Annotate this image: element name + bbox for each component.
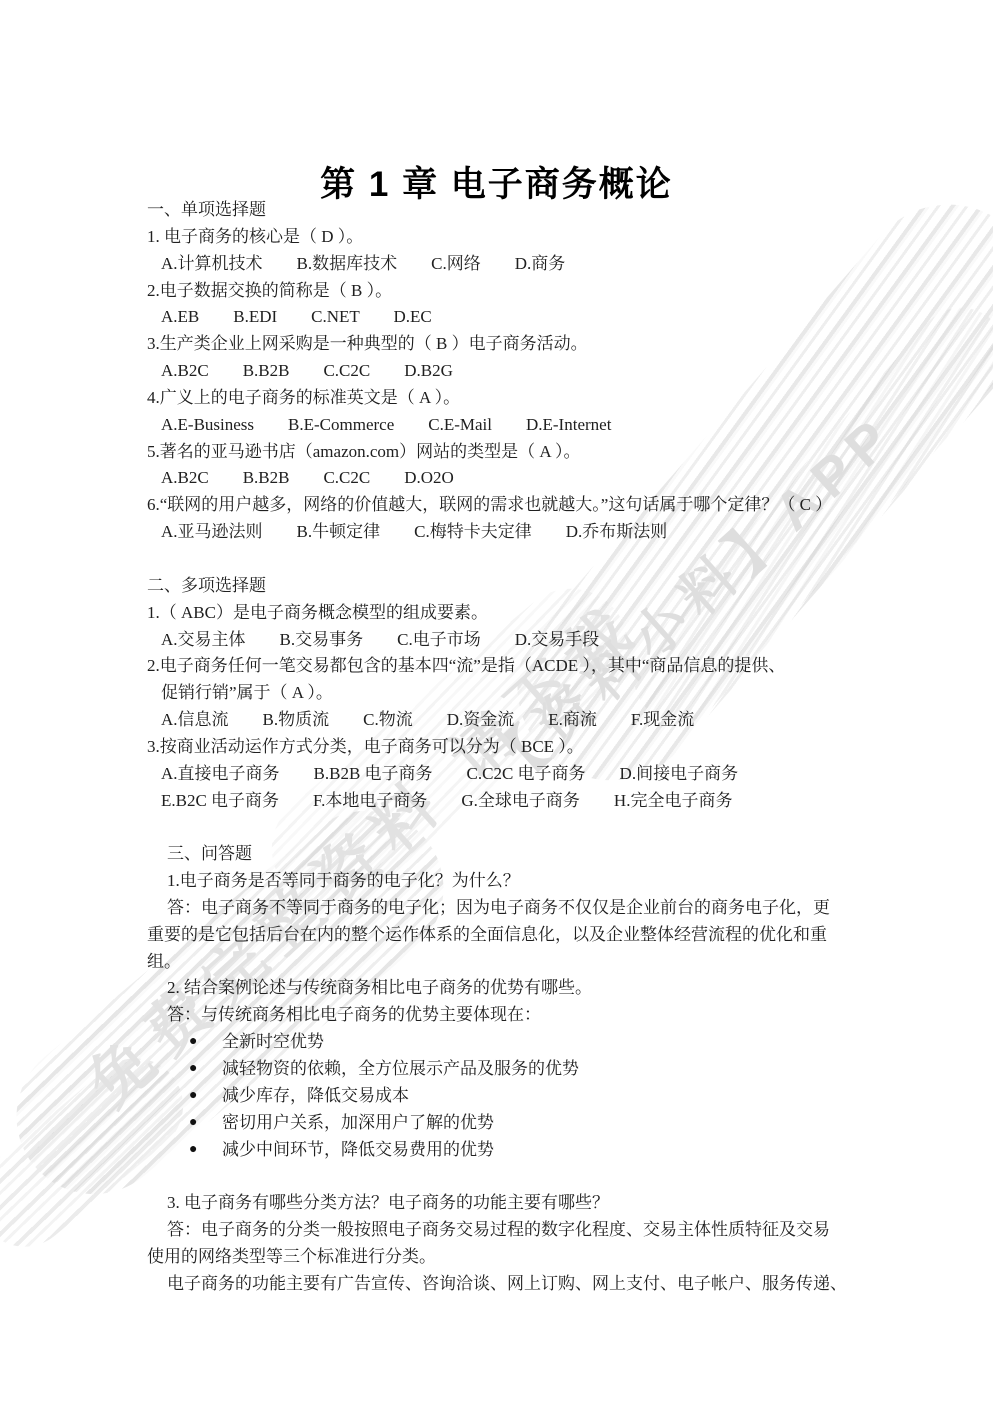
list-item: ● 减少中间环节，降低交易费用的优势 (147, 1137, 877, 1164)
list-item-text: 密切用户关系，加深用户了解的优势 (222, 1110, 877, 1137)
document-content: 一、单项选择题 1. 电子商务的核心是（ D ）。 A.计算机技术 B.数据库技… (147, 197, 877, 1298)
question-line: 2. 结合案例论述与传统商务相比电子商务的优势有哪些。 (147, 975, 877, 1002)
question-line: 5.著名的亚马逊书店（amazon.com）网站的类型是（ A ）。 (147, 439, 877, 466)
section-heading: 三、问答题 (147, 841, 877, 868)
blank-line (147, 546, 877, 573)
options-line: A.EB B.EDI C.NET D.EC (147, 304, 877, 331)
list-item: ● 密切用户关系，加深用户了解的优势 (147, 1110, 877, 1137)
options-line: A.亚马逊法则 B.牛顿定律 C.梅特卡夫定律 D.乔布斯法则 (147, 519, 877, 546)
question-line: 促销行销”属于（ A ）。 (147, 680, 877, 707)
document-page: 免费完整资料 请下载 【资料小料】APP 第 1 章 电子商务概论 一、单项选择… (0, 0, 993, 1404)
question-line: 3.生产类企业上网采购是一种典型的（ B ）电子商务活动。 (147, 331, 877, 358)
options-line: A.计算机技术 B.数据库技术 C.网络 D.商务 (147, 251, 877, 278)
question-line: 2.电子商务任何一笔交易都包含的基本四“流”是指（ACDE ），其中“商品信息的… (147, 653, 877, 680)
list-item: ● 减少库存，降低交易成本 (147, 1083, 877, 1110)
question-line: 2.电子数据交换的简称是（ B ）。 (147, 278, 877, 305)
bullet-icon: ● (189, 1137, 222, 1164)
question-line: 6.“联网的用户越多，网络的价值越大，联网的需求也就越大。”这句话属于哪个定律？… (147, 492, 877, 519)
options-line: A.B2C B.B2B C.C2C D.O2O (147, 465, 877, 492)
bullet-icon: ● (189, 1110, 222, 1137)
section-heading: 二、多项选择题 (147, 573, 877, 600)
options-line: A.B2C B.B2B C.C2C D.B2G (147, 358, 877, 385)
list-item-text: 减轻物资的依赖，全方位展示产品及服务的优势 (222, 1056, 877, 1083)
list-item-text: 减少中间环节，降低交易费用的优势 (222, 1137, 877, 1164)
answer-line: 组。 (147, 949, 877, 976)
options-line: A.信息流 B.物质流 C.物流 D.资金流 E.商流 F.现金流 (147, 707, 877, 734)
options-line: A.直接电子商务 B.B2B 电子商务 C.C2C 电子商务 D.间接电子商务 (147, 761, 877, 788)
question-line: 3.按商业活动运作方式分类，电子商务可以分为（ BCE ）。 (147, 734, 877, 761)
answer-line: 答：电子商务的分类一般按照电子商务交易过程的数字化程度、交易主体性质特征及交易 (147, 1217, 877, 1244)
answer-line: 答：电子商务不等同于商务的电子化；因为电子商务不仅仅是企业前台的商务电子化，更 (147, 895, 877, 922)
bullet-icon: ● (189, 1083, 222, 1110)
question-line: 1. 电子商务的核心是（ D ）。 (147, 224, 877, 251)
options-line: E.B2C 电子商务 F.本地电子商务 G.全球电子商务 H.完全电子商务 (147, 788, 877, 815)
section-heading: 一、单项选择题 (147, 197, 877, 224)
list-item-text: 减少库存，降低交易成本 (222, 1083, 877, 1110)
question-line: 3. 电子商务有哪些分类方法？电子商务的功能主要有哪些？ (147, 1190, 877, 1217)
paragraph-line: 电子商务的功能主要有广告宣传、咨询洽谈、网上订购、网上支付、电子帐户、服务传递、 (147, 1271, 877, 1298)
list-item: ● 减轻物资的依赖，全方位展示产品及服务的优势 (147, 1056, 877, 1083)
answer-line: 答：与传统商务相比电子商务的优势主要体现在： (147, 1002, 877, 1029)
list-item: ● 全新时空优势 (147, 1029, 877, 1056)
blank-line (147, 814, 877, 841)
options-line: A.E-Business B.E-Commerce C.E-Mail D.E-I… (147, 412, 877, 439)
answer-line: 重要的是它包括后台在内的整个运作体系的全面信息化，以及企业整体经营流程的优化和重 (147, 922, 877, 949)
blank-line (147, 1163, 877, 1190)
question-line: 1.（ ABC）是电子商务概念模型的组成要素。 (147, 600, 877, 627)
answer-line: 使用的网络类型等三个标准进行分类。 (147, 1244, 877, 1271)
question-line: 1.电子商务是否等同于商务的电子化？为什么？ (147, 868, 877, 895)
bullet-icon: ● (189, 1056, 222, 1083)
options-line: A.交易主体 B.交易事务 C.电子市场 D.交易手段 (147, 627, 877, 654)
question-line: 4.广义上的电子商务的标准英文是（ A ）。 (147, 385, 877, 412)
bullet-icon: ● (189, 1029, 222, 1056)
list-item-text: 全新时空优势 (222, 1029, 877, 1056)
